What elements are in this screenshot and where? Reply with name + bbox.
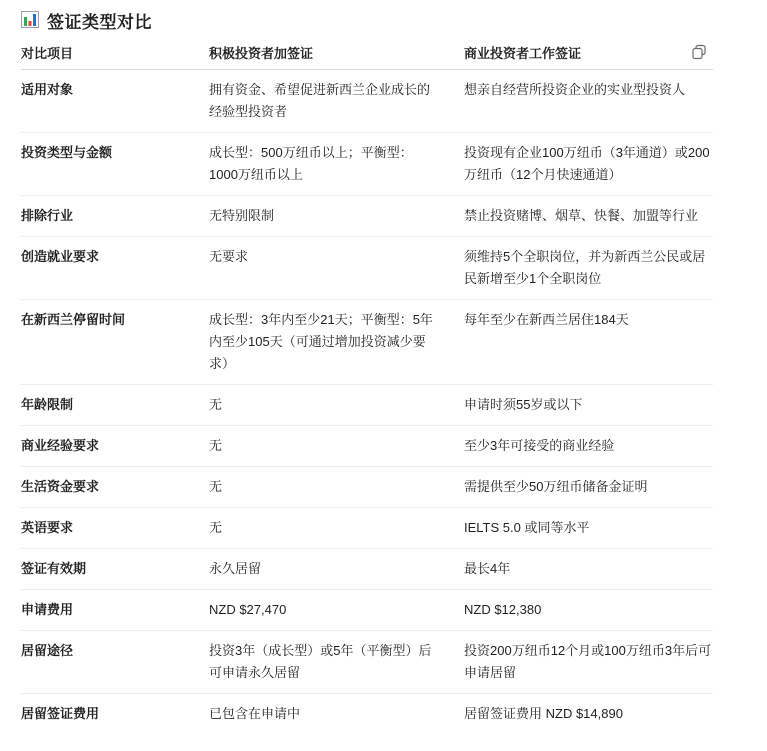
cell-business-investor: IELTS 5.0 或同等水平 xyxy=(464,508,713,549)
table-row: 创造就业要求无要求须维持5个全职岗位，并为新西兰公民或居民新增至少1个全职岗位 xyxy=(21,237,713,300)
table-row: 年龄限制无申请时须55岁或以下 xyxy=(21,385,713,426)
table-row: 投资类型与金额成长型：500万纽币以上；平衡型：1000万纽币以上投资现有企业1… xyxy=(21,133,713,196)
table-row: 排除行业无特别限制禁止投资赌博、烟草、快餐、加盟等行业 xyxy=(21,196,713,237)
cell-business-investor: 每年至少在新西兰居住184天 xyxy=(464,300,713,385)
row-label: 创造就业要求 xyxy=(21,237,209,300)
row-label: 年龄限制 xyxy=(21,385,209,426)
section-header: 签证类型对比 xyxy=(21,0,767,40)
cell-business-investor: 最长4年 xyxy=(464,549,713,590)
cell-active-investor: 无特别限制 xyxy=(209,196,464,237)
cell-business-investor: 须维持5个全职岗位，并为新西兰公民或居民新增至少1个全职岗位 xyxy=(464,237,713,300)
comparison-table: 对比项目 积极投资者加签证 商业投资者工作签证 适用对象拥有资金、希望促进新西兰… xyxy=(21,40,713,734)
row-label: 适用对象 xyxy=(21,70,209,133)
bar-chart-icon xyxy=(21,11,41,29)
column-header-business-investor: 商业投资者工作签证 xyxy=(464,40,713,70)
column-header-active-investor: 积极投资者加签证 xyxy=(209,40,464,70)
row-label: 居留途径 xyxy=(21,631,209,694)
row-label: 签证有效期 xyxy=(21,549,209,590)
cell-business-investor: NZD $12,380 xyxy=(464,590,713,631)
row-label: 生活资金要求 xyxy=(21,467,209,508)
row-label: 申请费用 xyxy=(21,590,209,631)
table-header-row: 对比项目 积极投资者加签证 商业投资者工作签证 xyxy=(21,40,713,70)
cell-business-investor: 申请时须55岁或以下 xyxy=(464,385,713,426)
row-label: 居留签证费用 xyxy=(21,694,209,735)
visa-comparison-section: 签证类型对比 对比项目 积极投资者加签证 商业投资者工作签证 xyxy=(0,0,767,734)
row-label: 排除行业 xyxy=(21,196,209,237)
table-row: 居留签证费用已包含在申请中居留签证费用 NZD $14,890 xyxy=(21,694,713,735)
table-row: 适用对象拥有资金、希望促进新西兰企业成长的经验型投资者想亲自经营所投资企业的实业… xyxy=(21,70,713,133)
cell-business-investor: 居留签证费用 NZD $14,890 xyxy=(464,694,713,735)
cell-active-investor: 无要求 xyxy=(209,237,464,300)
cell-active-investor: 无 xyxy=(209,508,464,549)
row-label: 英语要求 xyxy=(21,508,209,549)
row-label: 在新西兰停留时间 xyxy=(21,300,209,385)
column-header-label: 商业投资者工作签证 xyxy=(464,46,581,61)
table-row: 英语要求无IELTS 5.0 或同等水平 xyxy=(21,508,713,549)
cell-active-investor: 拥有资金、希望促进新西兰企业成长的经验型投资者 xyxy=(209,70,464,133)
cell-business-investor: 想亲自经营所投资企业的实业型投资人 xyxy=(464,70,713,133)
cell-active-investor: 无 xyxy=(209,467,464,508)
table-row: 申请费用NZD $27,470NZD $12,380 xyxy=(21,590,713,631)
cell-business-investor: 至少3年可接受的商业经验 xyxy=(464,426,713,467)
cell-business-investor: 禁止投资赌博、烟草、快餐、加盟等行业 xyxy=(464,196,713,237)
copy-icon[interactable] xyxy=(691,44,707,60)
row-label: 投资类型与金额 xyxy=(21,133,209,196)
cell-active-investor: 已包含在申请中 xyxy=(209,694,464,735)
row-label: 商业经验要求 xyxy=(21,426,209,467)
table-row: 签证有效期永久居留最长4年 xyxy=(21,549,713,590)
cell-business-investor: 投资200万纽币12个月或100万纽币3年后可申请居留 xyxy=(464,631,713,694)
cell-business-investor: 投资现有企业100万纽币（3年通道）或200万纽币（12个月快速通道） xyxy=(464,133,713,196)
table-row: 商业经验要求无至少3年可接受的商业经验 xyxy=(21,426,713,467)
table-row: 在新西兰停留时间成长型：3年内至少21天；平衡型：5年内至少105天（可通过增加… xyxy=(21,300,713,385)
cell-business-investor: 需提供至少50万纽币储备金证明 xyxy=(464,467,713,508)
cell-active-investor: 投资3年（成长型）或5年（平衡型）后可申请永久居留 xyxy=(209,631,464,694)
cell-active-investor: 无 xyxy=(209,385,464,426)
cell-active-investor: NZD $27,470 xyxy=(209,590,464,631)
column-header-item: 对比项目 xyxy=(21,40,209,70)
section-title: 签证类型对比 xyxy=(47,8,152,33)
table-row: 居留途径投资3年（成长型）或5年（平衡型）后可申请永久居留投资200万纽币12个… xyxy=(21,631,713,694)
table-row: 生活资金要求无需提供至少50万纽币储备金证明 xyxy=(21,467,713,508)
cell-active-investor: 无 xyxy=(209,426,464,467)
cell-active-investor: 永久居留 xyxy=(209,549,464,590)
cell-active-investor: 成长型：3年内至少21天；平衡型：5年内至少105天（可通过增加投资减少要求） xyxy=(209,300,464,385)
cell-active-investor: 成长型：500万纽币以上；平衡型：1000万纽币以上 xyxy=(209,133,464,196)
